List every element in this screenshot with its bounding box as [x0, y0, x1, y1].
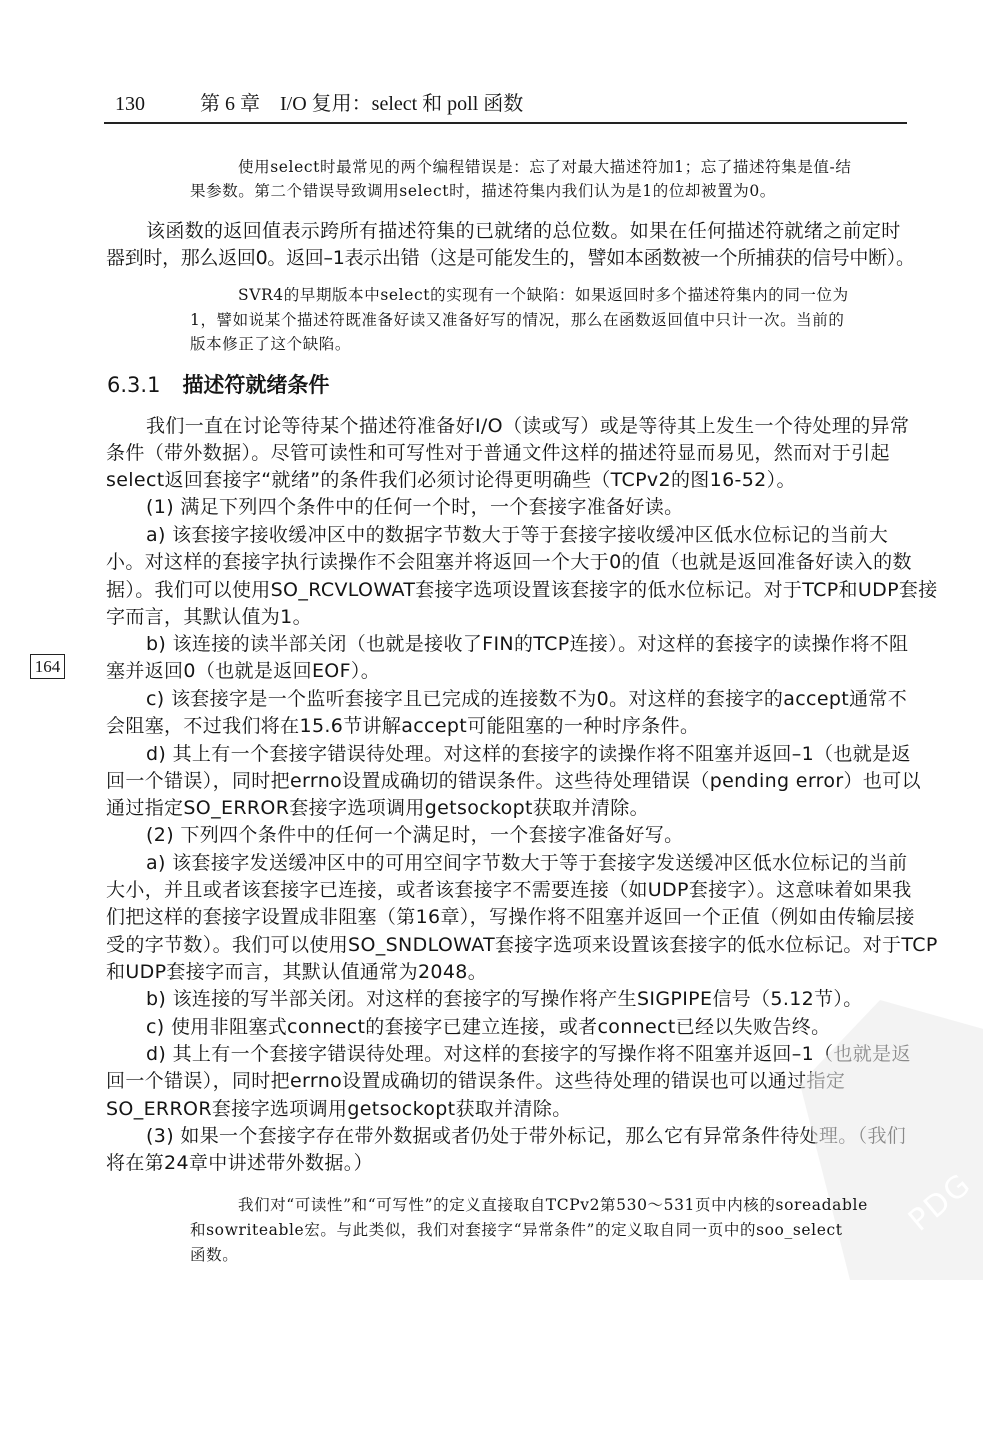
note-line: 和sowriteable宏。与此类似，我们对套接字“异常条件”的定义取自同一页中… — [190, 1217, 843, 1243]
body-line: d) 其上有一个套接字错误待处理。对这样的套接字的写操作将不阻塞并返回–1（也就… — [146, 1041, 911, 1067]
body-line: select返回套接字“就绪”的条件我们必须讨论得更明确些（TCPv2的图16-… — [106, 467, 796, 493]
body-line: d) 其上有一个套接字错误待处理。对这样的套接字的读操作将不阻塞并返回–1（也就… — [146, 741, 911, 767]
note-line: 使用select时最常见的两个编程错误是：忘了对最大描述符加1；忘了描述符集是值… — [238, 154, 851, 180]
body-line: SO_ERROR套接字选项调用getsockopt获取并清除。 — [106, 1096, 572, 1122]
section-title: 描述符就绪条件 — [182, 373, 329, 397]
margin-page-reference: 164 — [30, 654, 65, 679]
body-line: 该函数的返回值表示跨所有描述符集的已就绪的总位数。如果在任何描述符就绪之前定时 — [146, 218, 901, 244]
body-line: 受的字节数）。我们可以使用SO_SNDLOWAT套接字选项来设置该套接字的低水位… — [106, 932, 938, 958]
page-number: 130 — [115, 88, 145, 120]
body-line: b) 该连接的读半部关闭（也就是接收了FIN的TCP连接）。对这样的套接字的读操… — [146, 631, 908, 657]
body-line: 条件（带外数据）。尽管可读性和可写性对于普通文件这样的描述符显而易见，然而对于引… — [106, 440, 890, 466]
section-number: 6.3.1 — [107, 373, 160, 397]
note-line: 函数。 — [190, 1242, 238, 1268]
note-line: 我们对“可读性”和“可写性”的定义直接取自TCPv2第530～531页中内核的s… — [238, 1192, 868, 1218]
note-line: 1，譬如说某个描述符既准备好读又准备好写的情况，那么在函数返回值中只计一次。当前… — [190, 307, 844, 333]
body-line: 和UDP套接字而言，其默认值通常为2048。 — [106, 959, 487, 985]
body-line: c) 该套接字是一个监听套接字且已完成的连接数不为0。对这样的套接字的accep… — [146, 686, 907, 712]
body-line: 我们一直在讨论等待某个描述符准备好I/O（读或写）或是等待其上发生一个待处理的异… — [146, 413, 909, 439]
body-line: c) 使用非阻塞式connect的套接字已建立连接，或者connect已经以失败… — [146, 1014, 830, 1040]
body-line: a) 该套接字接收缓冲区中的数据字节数大于等于套接字接收缓冲区低水位标记的当前大 — [146, 522, 888, 548]
list-heading: (2) 下列四个条件中的任何一个满足时，一个套接字准备好写。 — [146, 822, 683, 848]
body-line: 字而言，其默认值为1。 — [106, 604, 312, 630]
body-line: 大小，并且或者该套接字已连接，或者该套接字不需要连接（如UDP套接字）。这意味着… — [106, 877, 912, 903]
body-line: 通过指定SO_ERROR套接字选项调用getsockopt获取并清除。 — [106, 795, 649, 821]
body-line: 将在第24章中讲述带外数据。） — [106, 1150, 373, 1176]
body-line: (3) 如果一个套接字存在带外数据或者仍处于带外标记，那么它有异常条件待处理。（… — [146, 1123, 906, 1149]
body-line: 塞并返回0（也就是返回EOF）。 — [106, 658, 380, 684]
body-line: 器到时，那么返回0。返回–1表示出错（这是可能发生的，譬如本函数被一个所捕获的信… — [106, 245, 915, 271]
list-heading: (1) 满足下列四个条件中的任何一个时，一个套接字准备好读。 — [146, 494, 683, 520]
body-line: 会阻塞，不过我们将在15.6节讲解accept可能阻塞的一种时序条件。 — [106, 713, 699, 739]
section-heading: 6.3.1描述符就绪条件 — [107, 370, 329, 400]
note-line: 果参数。第二个错误导致调用select时，描述符集内我们认为是1的位却被置为0。 — [190, 178, 776, 204]
body-line: a) 该套接字发送缓冲区中的可用空间字节数大于等于套接字发送缓冲区低水位标记的当… — [146, 850, 907, 876]
running-header: 130 第 6 章 I/O 复用：select 和 poll 函数 — [107, 88, 907, 120]
note-line: 版本修正了这个缺陷。 — [190, 331, 351, 357]
body-line: 们把这样的套接字设置成非阻塞（第16章），写操作将不阻塞并返回一个正值（例如由传… — [106, 904, 915, 930]
body-line: 回一个错误），同时把errno设置成确切的错误条件。这些待处理错误（pendin… — [106, 768, 921, 794]
body-line: 据）。我们可以使用SO_RCVLOWAT套接字选项设置该套接字的低水位标记。对于… — [106, 577, 938, 603]
chapter-title: 第 6 章 I/O 复用：select 和 poll 函数 — [200, 88, 523, 120]
note-line: SVR4的早期版本中select的实现有一个缺陷：如果返回时多个描述符集内的同一… — [238, 282, 849, 308]
book-page: 130 第 6 章 I/O 复用：select 和 poll 函数 使用sele… — [0, 0, 983, 1447]
body-line: 小。对这样的套接字执行读操作不会阻塞并将返回一个大于0的值（也就是返回准备好读入… — [106, 549, 912, 575]
body-line: b) 该连接的写半部关闭。对这样的套接字的写操作将产生SIGPIPE信号（5.1… — [146, 986, 863, 1012]
header-rule — [104, 122, 907, 124]
body-line: 回一个错误），同时把errno设置成确切的错误条件。这些待处理的错误也可以通过指… — [106, 1068, 845, 1094]
